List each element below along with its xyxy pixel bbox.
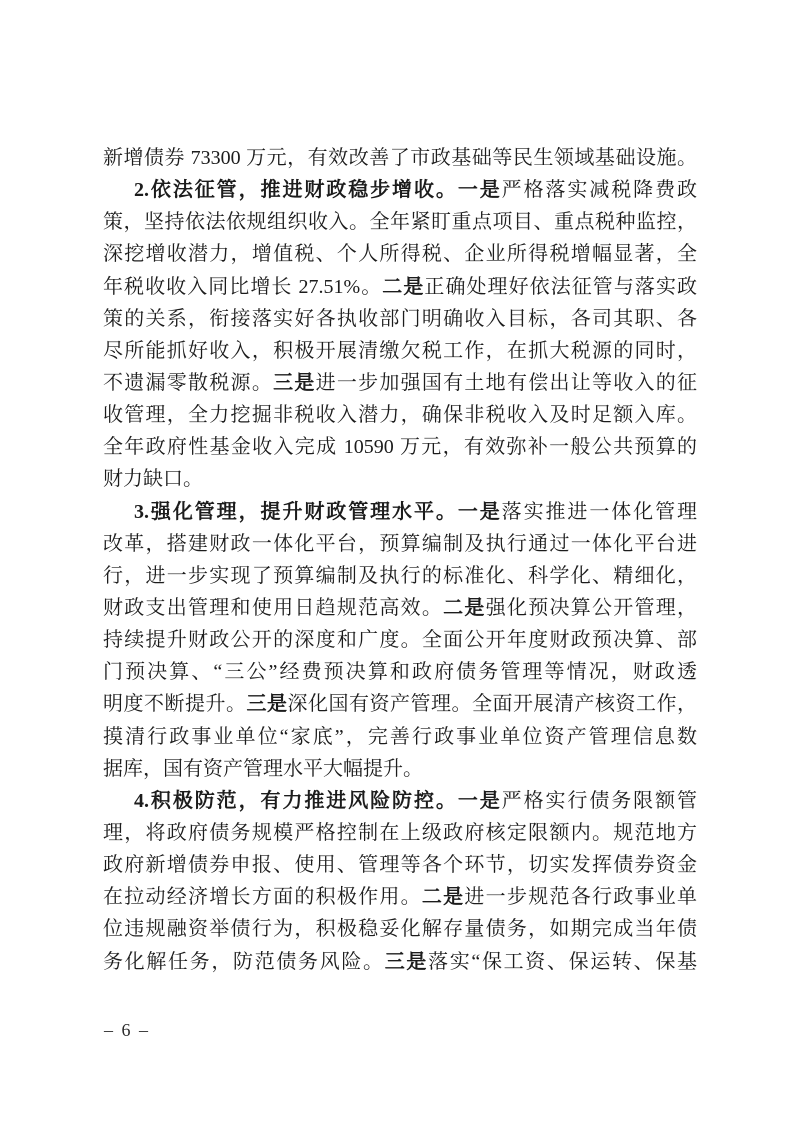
text-line: 行，进一步实现了预算编制及执行的标准化、科学化、精细化， bbox=[103, 560, 697, 592]
body-text: 改革，搭建财政一体化平台，预算编制及执行通过一体化平台进 bbox=[103, 533, 697, 555]
body-text: 收管理，全力挖掘非税收入潜力，确保非税收入及时足额入库。 bbox=[103, 404, 697, 426]
text-line: 政府新增债券申报、使用、管理等各个环节，切实发挥债券资金 bbox=[103, 849, 697, 881]
body-text: 年税收收入同比增长 27.51%。 bbox=[103, 276, 382, 298]
body-text: 务化解任务，防范债务风险。 bbox=[103, 951, 385, 973]
emphasis-marker: 三是 bbox=[273, 372, 316, 394]
emphasis-marker: 二是 bbox=[382, 276, 424, 298]
body-text: 摸清行政事业单位“家底”，完善行政事业单位资产管理信息数 bbox=[103, 726, 697, 748]
document-body: 新增债券 73300 万元，有效改善了市政基础等民生领域基础设施。2.依法征管，… bbox=[103, 142, 697, 978]
text-line: 财力缺口。 bbox=[103, 463, 697, 495]
body-text: 全年政府性基金收入完成 10590 万元，有效弥补一般公共预算的 bbox=[103, 436, 697, 458]
text-line: 改革，搭建财政一体化平台，预算编制及执行通过一体化平台进 bbox=[103, 528, 697, 560]
body-text: 据库，国有资产管理水平大幅提升。 bbox=[103, 758, 423, 780]
body-text: 财政支出管理和使用日趋规范高效。 bbox=[103, 597, 443, 619]
page-footer: – 6 – bbox=[104, 1019, 150, 1041]
emphasis-marker: 二是 bbox=[422, 886, 465, 908]
text-line: 深挖增收潜力，增值税、个人所得税、企业所得税增幅显著，全 bbox=[103, 238, 697, 270]
body-text: 深挖增收潜力，增值税、个人所得税、企业所得税增幅显著，全 bbox=[103, 243, 697, 265]
text-line: 财政支出管理和使用日趋规范高效。二是强化预决算公开管理， bbox=[103, 592, 697, 624]
body-text: 严格实行债务限额管 bbox=[502, 790, 697, 812]
text-line: 务化解任务，防范债务风险。三是落实“保工资、保运转、保基 bbox=[103, 946, 697, 978]
text-line: 摸清行政事业单位“家底”，完善行政事业单位资产管理信息数 bbox=[103, 721, 697, 753]
text-line: 年税收收入同比增长 27.51%。二是正确处理好依法征管与落实政 bbox=[103, 271, 697, 303]
text-line: 策的关系，衔接落实好各执收部门明确收入目标，各司其职、各 bbox=[103, 303, 697, 335]
text-line: 持续提升财政公开的深度和广度。全面公开年度财政预决算、部 bbox=[103, 624, 697, 656]
body-text: 尽所能抓好收入，积极开展清缴欠税工作，在抓大税源的同时， bbox=[103, 340, 697, 362]
page-number: – 6 – bbox=[104, 1020, 150, 1040]
text-line: 全年政府性基金收入完成 10590 万元，有效弥补一般公共预算的 bbox=[103, 431, 697, 463]
body-text: 财力缺口。 bbox=[103, 468, 203, 490]
body-text: 落实推进一体化管理 bbox=[502, 501, 697, 523]
paragraph-heading: 4.积极防范，有力推进风险防控。 bbox=[134, 790, 458, 812]
body-text: 理，将政府债务规模严格控制在上级政府核定限额内。规范地方 bbox=[103, 822, 697, 844]
text-line: 位违规融资举债行为，积极稳妥化解存量债务，如期完成当年债 bbox=[103, 913, 697, 945]
emphasis-marker: 一是 bbox=[458, 790, 502, 812]
paragraph-heading: 3.强化管理，提升财政管理水平。 bbox=[134, 501, 458, 523]
body-text: 深化国有资产管理。全面开展清产核资工作， bbox=[288, 693, 698, 715]
body-text: 行，进一步实现了预算编制及执行的标准化、科学化、精细化， bbox=[103, 565, 697, 587]
emphasis-marker: 三是 bbox=[247, 693, 288, 715]
text-line: 门预决算、“三公”经费预决算和政府债务管理等情况，财政透 bbox=[103, 656, 697, 688]
body-text: 新增债券 73300 万元，有效改善了市政基础等民生领域基础设施。 bbox=[103, 147, 697, 169]
emphasis-marker: 一是 bbox=[458, 501, 502, 523]
body-text: 落实“保工资、保运转、保基 bbox=[428, 951, 697, 973]
body-text: 政府新增债券申报、使用、管理等各个环节，切实发挥债券资金 bbox=[103, 854, 697, 876]
body-text: 强化预决算公开管理， bbox=[486, 597, 697, 619]
emphasis-marker: 三是 bbox=[385, 951, 428, 973]
text-line: 据库，国有资产管理水平大幅提升。 bbox=[103, 753, 697, 785]
body-text: 进一步规范各行政事业单 bbox=[464, 886, 697, 908]
body-text: 持续提升财政公开的深度和广度。全面公开年度财政预决算、部 bbox=[103, 629, 697, 651]
body-text: 策，坚持依法依规组织收入。全年紧盯重点项目、重点税种监控， bbox=[103, 211, 697, 233]
text-line: 收管理，全力挖掘非税收入潜力，确保非税收入及时足额入库。 bbox=[103, 399, 697, 431]
body-text: 策的关系，衔接落实好各执收部门明确收入目标，各司其职、各 bbox=[103, 308, 697, 330]
text-line: 不遗漏零散税源。三是进一步加强国有土地有偿出让等收入的征 bbox=[103, 367, 697, 399]
body-text: 位违规融资举债行为，积极稳妥化解存量债务，如期完成当年债 bbox=[103, 918, 697, 940]
text-line: 尽所能抓好收入，积极开展清缴欠税工作，在抓大税源的同时， bbox=[103, 335, 697, 367]
body-text: 明度不断提升。 bbox=[103, 693, 247, 715]
body-text: 严格落实减税降费政 bbox=[502, 179, 697, 201]
text-line: 新增债券 73300 万元，有效改善了市政基础等民生领域基础设施。 bbox=[103, 142, 697, 174]
document-page: 新增债券 73300 万元，有效改善了市政基础等民生领域基础设施。2.依法征管，… bbox=[0, 0, 793, 1122]
paragraph-heading: 2.依法征管，推进财政稳步增收。 bbox=[134, 179, 458, 201]
emphasis-marker: 二是 bbox=[443, 597, 486, 619]
text-line: 策，坚持依法依规组织收入。全年紧盯重点项目、重点税种监控， bbox=[103, 206, 697, 238]
text-line: 理，将政府债务规模严格控制在上级政府核定限额内。规范地方 bbox=[103, 817, 697, 849]
body-text: 进一步加强国有土地有偿出让等收入的征 bbox=[316, 372, 697, 394]
text-line: 3.强化管理，提升财政管理水平。一是落实推进一体化管理 bbox=[103, 496, 697, 528]
body-text: 门预决算、“三公”经费预决算和政府债务管理等情况，财政透 bbox=[103, 661, 697, 683]
text-line: 4.积极防范，有力推进风险防控。一是严格实行债务限额管 bbox=[103, 785, 697, 817]
text-line: 在拉动经济增长方面的积极作用。二是进一步规范各行政事业单 bbox=[103, 881, 697, 913]
text-line: 2.依法征管，推进财政稳步增收。一是严格落实减税降费政 bbox=[103, 174, 697, 206]
body-text: 在拉动经济增长方面的积极作用。 bbox=[103, 886, 422, 908]
text-line: 明度不断提升。三是深化国有资产管理。全面开展清产核资工作， bbox=[103, 688, 697, 720]
emphasis-marker: 一是 bbox=[458, 179, 502, 201]
body-text: 不遗漏零散税源。 bbox=[103, 372, 273, 394]
body-text: 正确处理好依法征管与落实政 bbox=[424, 276, 697, 298]
